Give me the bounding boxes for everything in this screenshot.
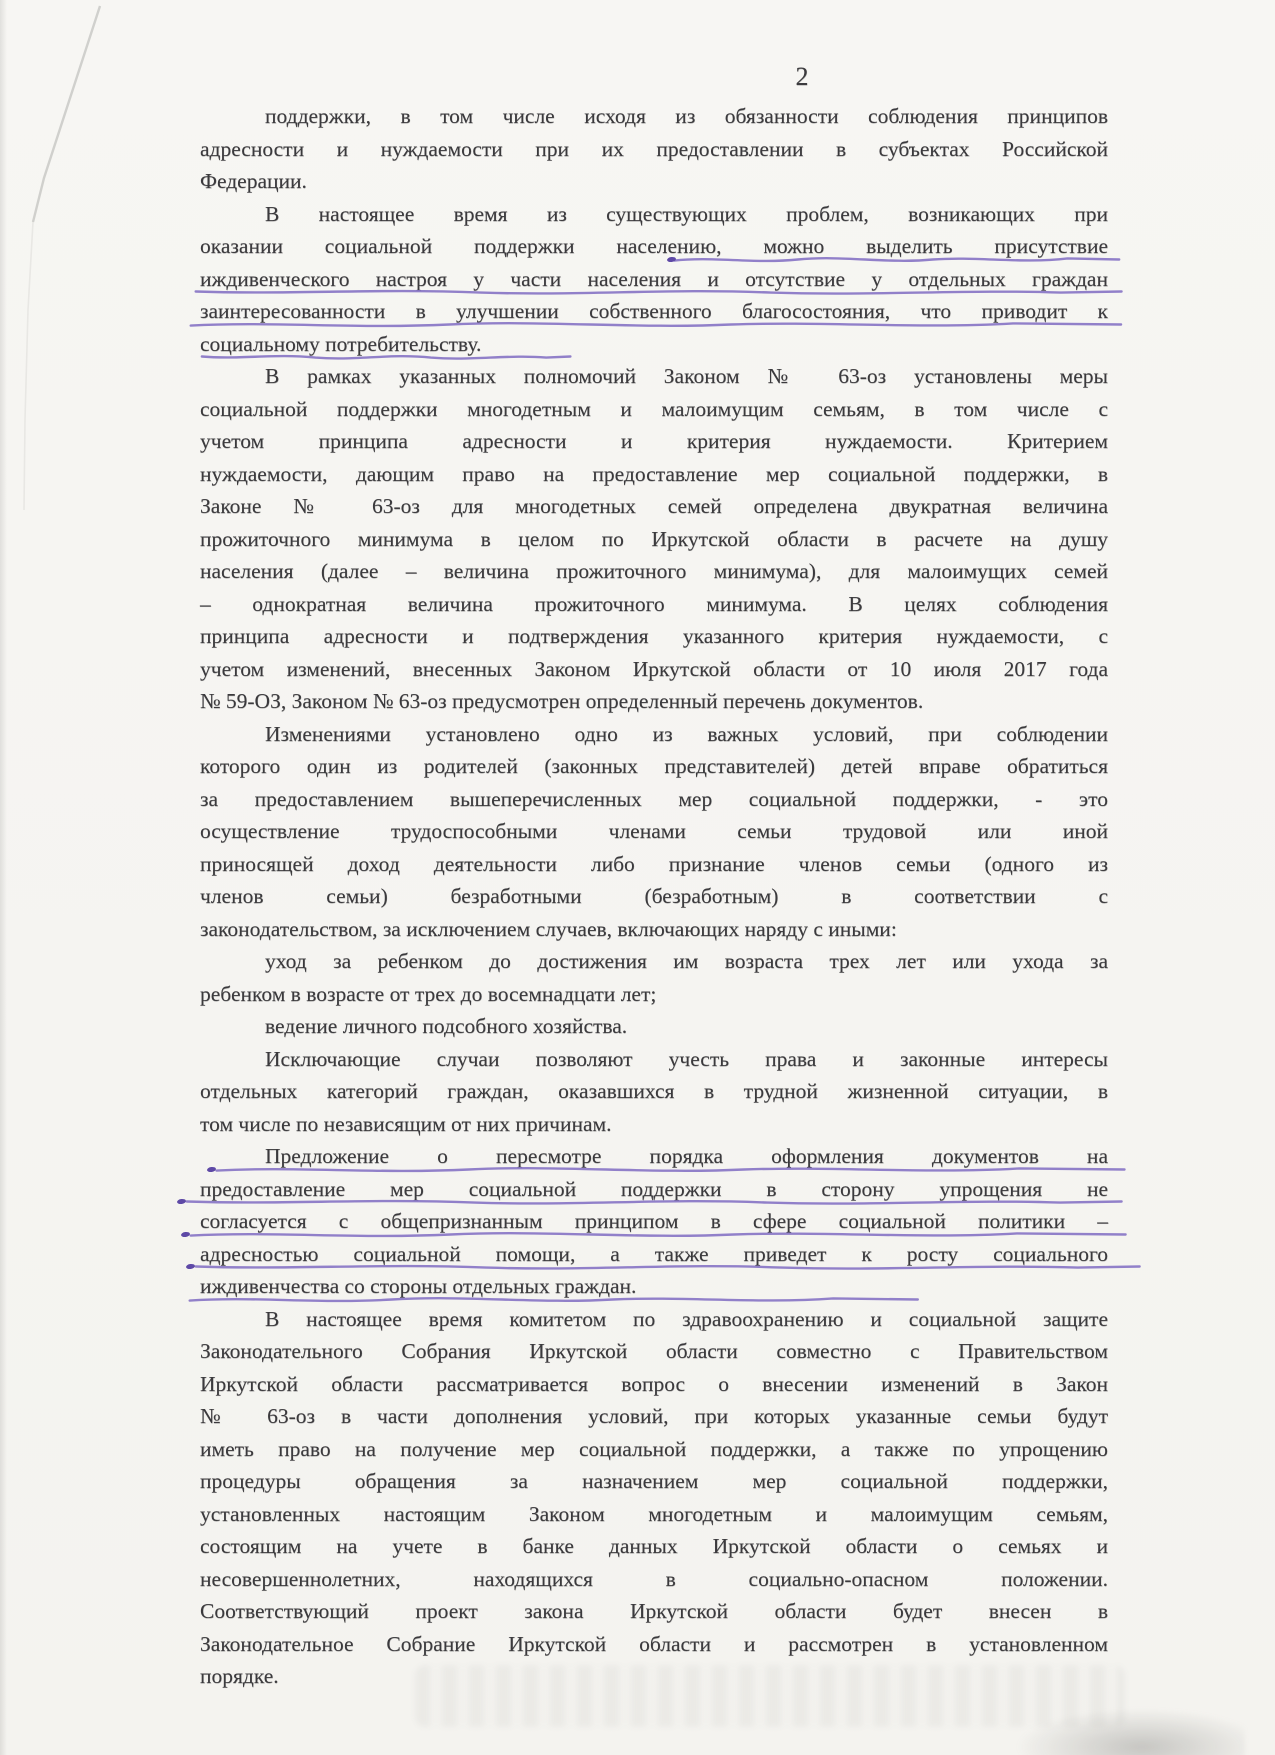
text-line: Федерации.	[200, 165, 1108, 198]
text-line-content: населения (далее – величина прожиточного…	[200, 559, 1108, 583]
text-line-content: Предложение о пересмотре порядка оформле…	[265, 1144, 1108, 1168]
text-line: заинтересованности в улучшении собственн…	[200, 295, 1108, 328]
text-line: членов семьи) безработными (безработным)…	[200, 880, 1108, 913]
text-line: установленных настоящим Законом многодет…	[200, 1498, 1108, 1531]
text-line-content: процедуры обращения за назначением мер с…	[200, 1469, 1108, 1493]
text-line: В настоящее время из существующих пробле…	[200, 198, 1108, 231]
text-line-content: Соответствующий проект закона Иркутской …	[200, 1599, 1108, 1623]
text-line-content: которого один из родителей (законных пре…	[200, 754, 1108, 778]
text-line: № 63-оз в части дополнения условий, при …	[200, 1400, 1108, 1433]
text-line: несовершеннолетних, находящихся в социал…	[200, 1563, 1108, 1596]
text-line-content: членов семьи) безработными (безработным)…	[200, 884, 1108, 908]
text-line: нуждаемости, дающим право на предоставле…	[200, 458, 1108, 491]
text-line: приносящей доход деятельности либо призн…	[200, 848, 1108, 881]
text-line-content: принципа адресности и подтверждения указ…	[200, 624, 1108, 648]
text-line-content: отдельных категорий граждан, оказавшихся…	[200, 1079, 1108, 1103]
text-line-content: поддержки, в том числе исходя из обязанн…	[265, 104, 1108, 128]
text-line-content: Законе № 63-оз для многодетных семей опр…	[200, 494, 1108, 518]
text-line-content: Законодательное Собрание Иркутской облас…	[200, 1632, 1108, 1656]
text-line: Иркутской области рассматривается вопрос…	[200, 1368, 1108, 1401]
text-line-content: адресности и нуждаемости при их предоста…	[200, 137, 1108, 161]
text-line: отдельных категорий граждан, оказавшихся…	[200, 1075, 1108, 1108]
text-line-content: социальной поддержки многодетным и малои…	[200, 397, 1108, 421]
text-line: иметь право на получение мер социальной …	[200, 1433, 1108, 1466]
text-line: учетом изменений, внесенных Законом Ирку…	[200, 653, 1108, 686]
text-line: ребенком в возрасте от трех до восемнадц…	[200, 978, 1108, 1011]
text-line-content: осуществление трудоспособными членами се…	[200, 819, 1108, 843]
text-line: адресностью социальной помощи, а также п…	[200, 1238, 1108, 1271]
scan-edge	[0, 0, 7, 1755]
text-line-content: В настоящее время из существующих пробле…	[265, 202, 1108, 226]
text-line: учетом принципа адресности и критерия ну…	[200, 425, 1108, 458]
text-line: № 59-ОЗ, Законом № 63-оз предусмотрен оп…	[200, 685, 1108, 718]
text-line-content: Федерации.	[200, 169, 307, 193]
text-line: уход за ребенком до достижения им возрас…	[200, 945, 1108, 978]
text-line-content: иждивенческого настроя у части населения…	[200, 267, 1108, 291]
text-line-content: учетом изменений, внесенных Законом Ирку…	[200, 657, 1108, 681]
text-line-content: приносящей доход деятельности либо призн…	[200, 852, 1108, 876]
text-line-content: № 63-оз в части дополнения условий, при …	[200, 1404, 1108, 1428]
text-line-content: прожиточного минимума в целом по Иркутск…	[200, 527, 1108, 551]
text-line-content: установленных настоящим Законом многодет…	[200, 1502, 1108, 1526]
ink-dot	[206, 1166, 216, 1172]
text-line-content: оказании социальной поддержки населению,…	[200, 234, 1108, 258]
text-line-content: – однократная величина прожиточного мини…	[200, 592, 1108, 616]
text-line-content: социальному потребительству.	[200, 332, 481, 356]
text-line: оказании социальной поддержки населению,…	[200, 230, 1108, 263]
text-line-content: № 59-ОЗ, Законом № 63-оз предусмотрен оп…	[200, 689, 923, 713]
text-line: адресности и нуждаемости при их предоста…	[200, 133, 1108, 166]
text-line: иждивенческого настроя у части населения…	[200, 263, 1108, 296]
text-line: – однократная величина прожиточного мини…	[200, 588, 1108, 621]
text-line: В настоящее время комитетом по здравоохр…	[200, 1303, 1108, 1336]
text-line: которого один из родителей (законных пре…	[200, 750, 1108, 783]
text-line: социальному потребительству.	[200, 328, 1108, 361]
text-line: Законе № 63-оз для многодетных семей опр…	[200, 490, 1108, 523]
text-line: Исключающие случаи позволяют учесть прав…	[200, 1043, 1108, 1076]
text-line: Предложение о пересмотре порядка оформле…	[200, 1140, 1108, 1173]
text-line: прожиточного минимума в целом по Иркутск…	[200, 523, 1108, 556]
text-line: том числе по независящим от них причинам…	[200, 1108, 1108, 1141]
text-line: В рамках указанных полномочий Законом № …	[200, 360, 1108, 393]
text-line-content: Иркутской области рассматривается вопрос…	[200, 1372, 1108, 1396]
text-line: иждивенчества со стороны отдельных гражд…	[200, 1270, 1108, 1303]
text-line: принципа адресности и подтверждения указ…	[200, 620, 1108, 653]
crease-line	[0, 0, 130, 520]
text-line: состоящим на учете в банке данных Иркутс…	[200, 1530, 1108, 1563]
text-line-content: Законодательного Собрания Иркутской обла…	[200, 1339, 1108, 1363]
text-line: населения (далее – величина прожиточного…	[200, 555, 1108, 588]
document-body: поддержки, в том числе исходя из обязанн…	[200, 100, 1108, 1693]
text-line-content: Исключающие случаи позволяют учесть прав…	[265, 1047, 1108, 1071]
text-line-content: том числе по независящим от них причинам…	[200, 1112, 612, 1136]
text-line-content: нуждаемости, дающим право на предоставле…	[200, 462, 1108, 486]
text-line-content: Изменениями установлено одно из важных у…	[265, 722, 1108, 746]
text-line-content: за предоставлением вышеперечисленных мер…	[200, 787, 1108, 811]
text-line: за предоставлением вышеперечисленных мер…	[200, 783, 1108, 816]
text-line-content: иметь право на получение мер социальной …	[200, 1437, 1108, 1461]
text-line-content: уход за ребенком до достижения им возрас…	[265, 949, 1108, 973]
text-line-content: состоящим на учете в банке данных Иркутс…	[200, 1534, 1108, 1558]
text-line: ведение личного подсобного хозяйства.	[200, 1010, 1108, 1043]
text-line: Соответствующий проект закона Иркутской …	[200, 1595, 1108, 1628]
ink-dot	[177, 1198, 187, 1204]
page: 2 поддержки, в том числе исходя из обяза…	[0, 0, 1275, 1755]
text-line-content: предоставление мер социальной поддержки …	[200, 1177, 1108, 1201]
text-line: социальной поддержки многодетным и малои…	[200, 393, 1108, 426]
scanned-page: { "colors": { "ink": "#8471c4", "ink_dar…	[0, 0, 1275, 1755]
text-line: законодательством, за исключением случае…	[200, 913, 1108, 946]
text-line-content: ребенком в возрасте от трех до восемнадц…	[200, 982, 656, 1006]
text-line-content: согласуется с общепризнанным принципом в…	[200, 1209, 1108, 1233]
text-line: процедуры обращения за назначением мер с…	[200, 1465, 1108, 1498]
text-line: предоставление мер социальной поддержки …	[200, 1173, 1108, 1206]
ink-dot	[181, 1231, 191, 1237]
text-line-content: порядке.	[200, 1664, 279, 1688]
text-line-content: иждивенчества со стороны отдельных гражд…	[200, 1274, 636, 1298]
text-line: осуществление трудоспособными членами се…	[200, 815, 1108, 848]
text-line: Законодательное Собрание Иркутской облас…	[200, 1628, 1108, 1661]
text-line-content: законодательством, за исключением случае…	[200, 917, 897, 941]
text-line-content: учетом принципа адресности и критерия ну…	[200, 429, 1108, 453]
text-line-content: заинтересованности в улучшении собственн…	[200, 299, 1108, 323]
text-line-content: несовершеннолетних, находящихся в социал…	[200, 1567, 1108, 1591]
text-line: поддержки, в том числе исходя из обязанн…	[200, 100, 1108, 133]
text-line-content: В настоящее время комитетом по здравоохр…	[265, 1307, 1108, 1331]
text-line-content: адресностью социальной помощи, а также п…	[200, 1242, 1108, 1266]
page-number: 2	[772, 62, 832, 92]
text-line: Изменениями установлено одно из важных у…	[200, 718, 1108, 751]
text-line-content: ведение личного подсобного хозяйства.	[265, 1014, 627, 1038]
text-line: согласуется с общепризнанным принципом в…	[200, 1205, 1108, 1238]
scan-smudge	[1015, 1708, 1245, 1755]
ink-dot	[186, 1263, 196, 1269]
text-line: Законодательного Собрания Иркутской обла…	[200, 1335, 1108, 1368]
text-line-content: В рамках указанных полномочий Законом № …	[265, 364, 1108, 388]
